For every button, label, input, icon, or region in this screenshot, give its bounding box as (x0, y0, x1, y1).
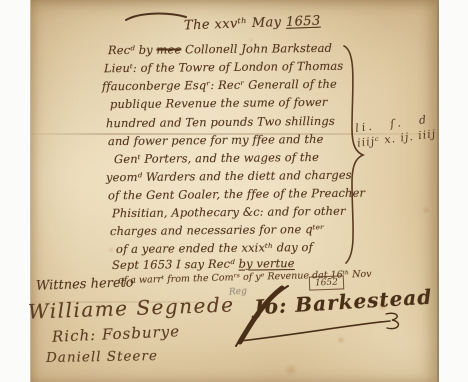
body-line: Phisitian, Apothecary &c: and for other (112, 204, 346, 220)
registrar-pencil-note: Reg (229, 286, 248, 297)
body-line: of a yeare ended the xxixᵗʰ day of (116, 240, 313, 256)
body-line-text: Sept 1653 I say Recᵈ (112, 257, 239, 272)
underlined-phrase: by vertue (239, 256, 295, 271)
body-line: publique Revenue the sume of fower (110, 95, 328, 111)
header-year-underlined: 1653 (286, 14, 321, 30)
body-line: charges and necessaries for one qᵗᵉʳ (110, 222, 324, 238)
manuscript-photo: The xxvᵗʰ May 1653 Recᵈ by mee Collonell… (0, 0, 468, 382)
body-line: Sept 1653 I say Recᵈ by vertue (112, 256, 295, 272)
boxed-warrant-year: 1652 (309, 275, 344, 290)
body-line: of the Gent Goaler, the ffee of the Prea… (108, 186, 365, 203)
struck-word: mee (156, 42, 181, 56)
body-line: Lieuᵗ: of the Towre of London of Thomas (104, 59, 343, 76)
body-line: hundred and Ten pounds Two shillings (106, 114, 335, 130)
body-line: Genᵗ Porters, and the wages of the (114, 150, 319, 166)
body-line: and fower pence for my ffee and the (108, 132, 324, 148)
body-line-text: Recᵈ by (108, 43, 157, 58)
body-line: ffauconberge Esqʳ: Recʳ Generall of the (102, 77, 337, 93)
witness-signature-3: Daniell Steere (46, 348, 158, 366)
body-line-text: Collonell John Barkstead (181, 41, 332, 57)
body-line: yeomᵈ Warders and the diett and charges (106, 168, 352, 185)
body-line: Recᵈ by mee Collonell John Barkstead (108, 41, 332, 57)
